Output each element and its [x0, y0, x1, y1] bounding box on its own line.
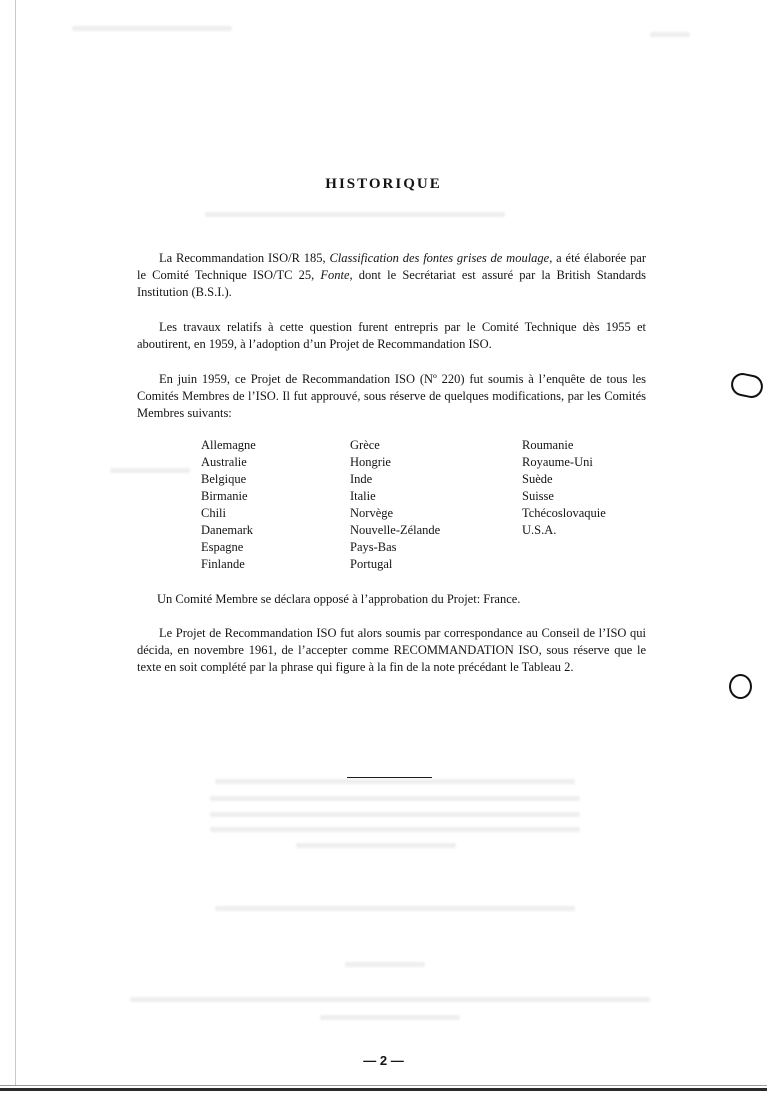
punch-hole-icon: [729, 674, 752, 699]
country-item: U.S.A.: [522, 522, 606, 539]
country-item: Hongrie: [350, 454, 440, 471]
paragraph-opposition: Un Comité Membre se déclara opposé à l’a…: [137, 591, 646, 608]
show-through-text: [320, 1015, 460, 1020]
punch-hole-icon: [729, 371, 765, 400]
countries-column-1: Allemagne Australie Belgique Birmanie Ch…: [201, 437, 256, 573]
show-through-text: [296, 843, 456, 848]
paragraph-work-history: Les travaux relatifs à cette question fu…: [137, 319, 646, 353]
country-item: Roumanie: [522, 437, 606, 454]
page-title: HISTORIQUE: [0, 176, 767, 193]
show-through-text: [210, 796, 580, 801]
country-item: Danemark: [201, 522, 256, 539]
paragraph-council-decision: Le Projet de Recommandation ISO fut alor…: [137, 625, 646, 676]
scan-edge-bottom-thin: [0, 1085, 767, 1086]
country-item: Royaume-Uni: [522, 454, 606, 471]
country-item: Grèce: [350, 437, 440, 454]
scan-edge-bottom: [0, 1088, 767, 1091]
show-through-text: [215, 779, 575, 784]
document-page: HISTORIQUE La Recommandation ISO/R 185, …: [0, 0, 767, 1095]
show-through-text: [210, 827, 580, 832]
show-through-text: [205, 212, 505, 217]
country-item: Espagne: [201, 539, 256, 556]
country-item: Norvège: [350, 505, 440, 522]
show-through-text: [210, 812, 580, 817]
country-item: Suède: [522, 471, 606, 488]
country-item: Nouvelle-Zélande: [350, 522, 440, 539]
country-item: Inde: [350, 471, 440, 488]
country-item: Birmanie: [201, 488, 256, 505]
country-item: Portugal: [350, 556, 440, 573]
page-number: — 2 —: [0, 1053, 767, 1068]
country-item: Belgique: [201, 471, 256, 488]
country-item: Chili: [201, 505, 256, 522]
scan-edge-left: [15, 0, 16, 1085]
countries-column-3: Roumanie Royaume-Uni Suède Suisse Tchéco…: [522, 437, 606, 539]
show-through-text: [130, 997, 650, 1002]
paragraph-origin: La Recommandation ISO/R 185, Classificat…: [137, 250, 646, 301]
recommendation-title: Classification des fontes grises de moul…: [329, 251, 549, 265]
countries-column-2: Grèce Hongrie Inde Italie Norvège Nouvel…: [350, 437, 440, 573]
paragraph-approval: En juin 1959, ce Projet de Recommandatio…: [137, 371, 646, 422]
section-divider: [347, 777, 432, 778]
show-through-text: [345, 962, 425, 967]
show-through-text: [650, 32, 690, 37]
text-run: La Recommandation ISO/R 185,: [159, 251, 329, 265]
show-through-text: [215, 906, 575, 911]
country-item: Italie: [350, 488, 440, 505]
show-through-text: [110, 468, 190, 473]
country-item: Pays-Bas: [350, 539, 440, 556]
country-item: Allemagne: [201, 437, 256, 454]
country-item: Finlande: [201, 556, 256, 573]
committee-name: Fonte: [320, 268, 349, 282]
country-item: Tchécoslovaquie: [522, 505, 606, 522]
country-item: Suisse: [522, 488, 606, 505]
show-through-text: [72, 26, 232, 31]
country-item: Australie: [201, 454, 256, 471]
